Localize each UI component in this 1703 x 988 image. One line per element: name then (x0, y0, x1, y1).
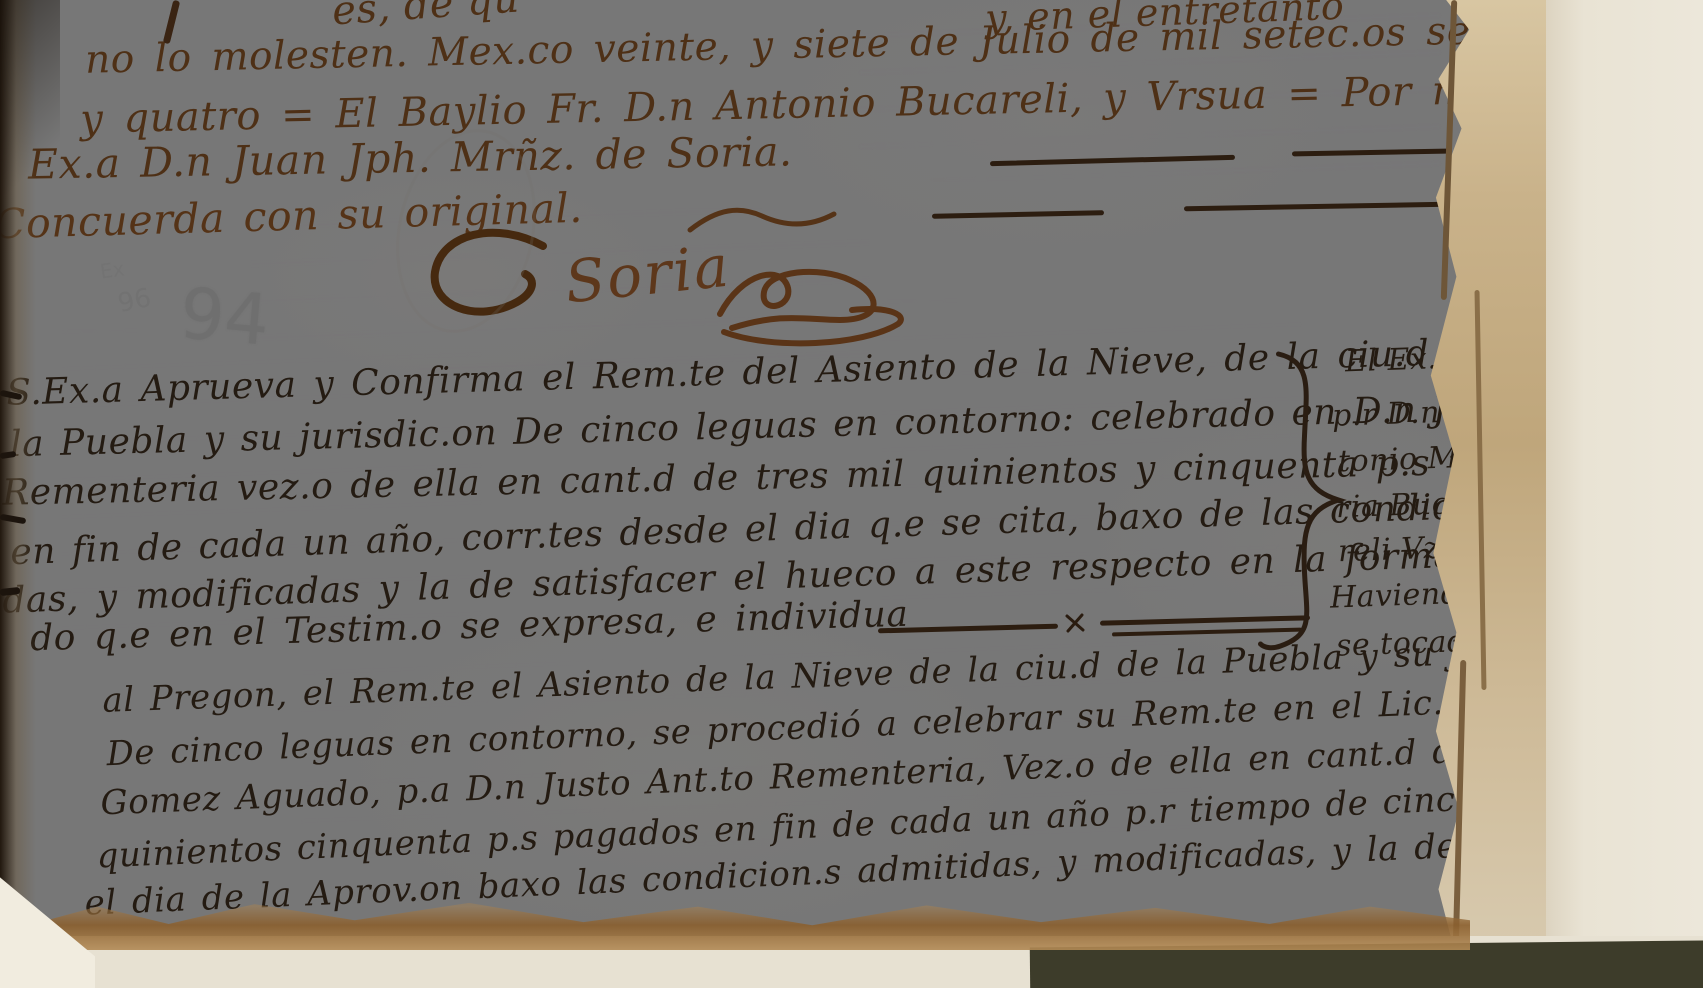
ink-rule (1184, 202, 1448, 212)
folio-number-pencil: 94 (177, 272, 273, 361)
faint-pencil-scribble: Ex (98, 256, 126, 283)
signature-rubric-flourish (712, 262, 912, 352)
manuscript-page: es, de qu y, en el entretanto no lo mole… (0, 0, 1703, 988)
ink-rule (990, 155, 1235, 166)
ink-rule (932, 210, 1104, 219)
ink-rule (1292, 149, 1448, 157)
faint-pencil-number: 96 (115, 283, 154, 319)
signature: Soria (562, 232, 734, 317)
pen-x-mark (1064, 612, 1086, 634)
gutter-shadow-top (0, 0, 60, 230)
